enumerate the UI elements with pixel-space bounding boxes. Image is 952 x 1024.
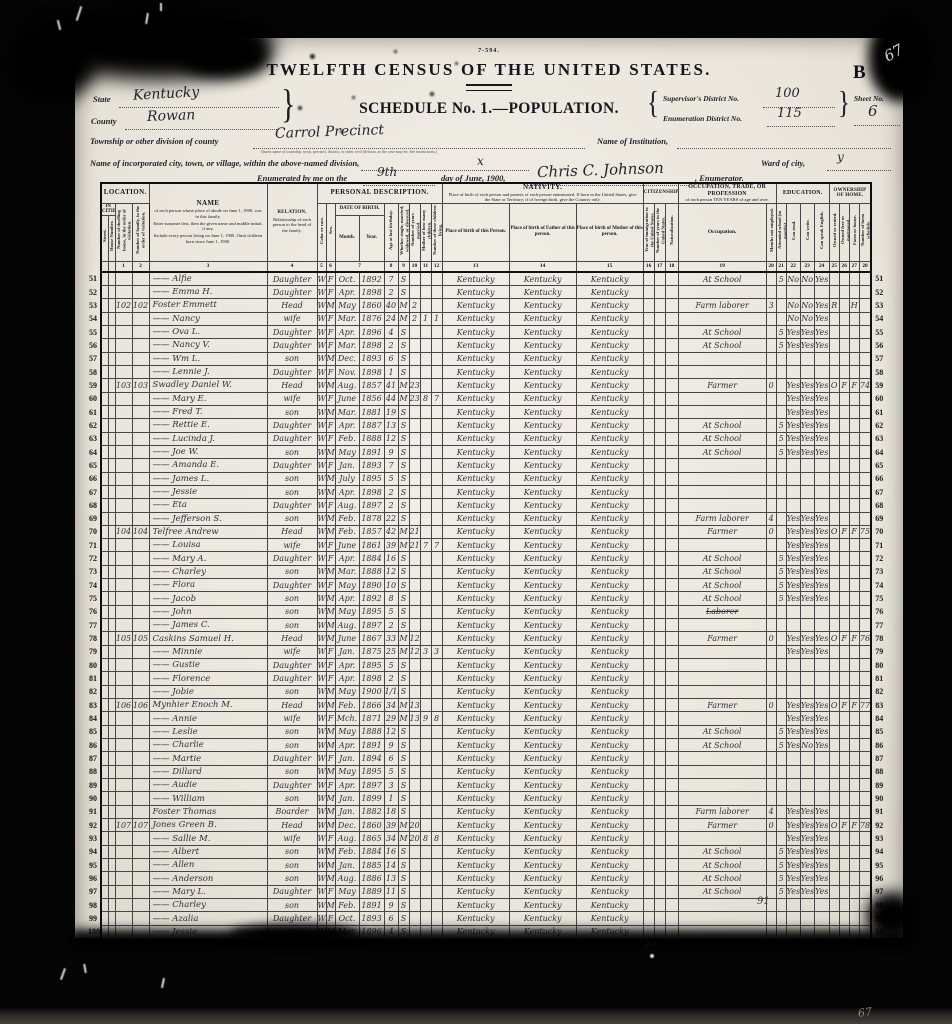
cell-rl: son: [267, 619, 317, 632]
cell-ow: [829, 752, 839, 765]
cell-ow: R: [829, 299, 839, 312]
cell-im: [643, 512, 654, 525]
cell-rl: son: [267, 725, 317, 738]
mother-of-label: Mother of how many children.: [421, 205, 432, 255]
cell-nz: [665, 459, 678, 472]
cell-d: [115, 805, 132, 818]
cell-rd: No: [786, 272, 800, 285]
cell-fs: [859, 645, 871, 658]
cell-c: W: [317, 819, 326, 832]
cell-b3: Kentucky: [576, 565, 643, 578]
nativity-desc: Place of birth of each person and parent…: [443, 192, 643, 203]
cell-s: F: [326, 832, 335, 845]
cell-nm: —— Fred T.: [149, 405, 267, 418]
cell-oc: [678, 832, 766, 845]
cell-wr: Yes: [800, 379, 814, 392]
cell-b3: Kentucky: [576, 859, 643, 872]
cell-fh: F: [849, 699, 859, 712]
cell-b2: Kentucky: [509, 859, 576, 872]
cell-ym: [409, 752, 420, 765]
cell-c: W: [317, 845, 326, 858]
cell-by: 1865: [359, 832, 384, 845]
cell-rl: son: [267, 592, 317, 605]
cell-mo: [420, 485, 431, 498]
county-label: County: [91, 116, 117, 126]
cell-nz: [665, 392, 678, 405]
cell-d: [115, 565, 132, 578]
cell-f: [132, 859, 149, 872]
enum-dist-line: [767, 125, 835, 127]
cell-mn: [766, 459, 776, 472]
cell-cl: [431, 685, 442, 698]
cell-nm: Mynhier Enoch M.: [149, 699, 267, 712]
line-number: 95: [871, 859, 884, 872]
cell-nm: —— Lennie J.: [149, 365, 267, 378]
cell-ym: 2: [409, 299, 420, 312]
cell-a: 2: [384, 285, 398, 298]
cell-mn: 4: [766, 805, 776, 818]
cell-cl: [431, 912, 442, 925]
cell-st: [101, 365, 108, 378]
cell-ym: [409, 459, 420, 472]
cell-mo: 7: [420, 539, 431, 552]
line-number: 94: [88, 845, 101, 858]
cell-fm: [839, 672, 849, 685]
scan-speck-2: [394, 50, 397, 53]
cell-nm: —— Amanda E.: [149, 459, 267, 472]
cell-wr: [800, 472, 814, 485]
cell-nz: [665, 579, 678, 592]
cell-m: M: [398, 299, 409, 312]
cell-by: 1875: [359, 645, 384, 658]
cell-a: 5: [384, 472, 398, 485]
cell-b1: Kentucky: [442, 859, 509, 872]
cell-fh: [849, 405, 859, 418]
cell-f: 106: [132, 699, 149, 712]
cell-rl: Daughter: [267, 579, 317, 592]
cell-st: [101, 472, 108, 485]
cell-hn: [108, 712, 115, 725]
cell-fh: [849, 792, 859, 805]
cell-wr: [800, 285, 814, 298]
cell-fh: [849, 805, 859, 818]
cell-en: Yes: [814, 539, 829, 552]
col-number: 28: [859, 261, 871, 272]
cell-ym: [409, 885, 420, 898]
cell-a: 5: [384, 605, 398, 618]
cell-f: [132, 539, 149, 552]
cell-f: [132, 419, 149, 432]
cell-m: S: [398, 352, 409, 365]
cell-en: Yes: [814, 299, 829, 312]
cell-ym: [409, 432, 420, 445]
cell-m: S: [398, 885, 409, 898]
cell-fm: [839, 432, 849, 445]
cell-a: 18: [384, 805, 398, 818]
cell-d: [115, 485, 132, 498]
cell-nz: [665, 432, 678, 445]
col-number: 24: [814, 261, 829, 272]
cell-f: [132, 792, 149, 805]
census-row: 99—— AzaliaDaughterWFOct.18936SKentuckyK…: [88, 912, 884, 925]
cell-en: Yes: [814, 845, 829, 858]
cell-rl: son: [267, 792, 317, 805]
column-number-row: 1234567891011121314151617181920212223242…: [88, 261, 884, 272]
cell-m: S: [398, 579, 409, 592]
line-number: 90: [88, 792, 101, 805]
cell-at: 5: [776, 872, 786, 885]
cell-m: S: [398, 485, 409, 498]
cell-im: [643, 472, 654, 485]
cell-d: [115, 512, 132, 525]
cell-a: 34: [384, 832, 398, 845]
cell-fm: F: [839, 699, 849, 712]
line-number: 71: [871, 539, 884, 552]
census-row: 76—— JohnsonWMMay18955SKentuckyKentuckyK…: [88, 605, 884, 618]
cell-hn: [108, 485, 115, 498]
cell-b3: Kentucky: [576, 739, 643, 752]
birthplace-mother-header: Place of birth of Mother of this person.: [576, 203, 643, 261]
cell-at: [776, 525, 786, 538]
cell-bm: Apr.: [335, 419, 359, 432]
cell-a: 42: [384, 525, 398, 538]
cell-im: [643, 339, 654, 352]
cell-f: [132, 499, 149, 512]
cell-b3: Kentucky: [576, 685, 643, 698]
census-row: 86—— CharliesonWMApr.18919SKentuckyKentu…: [88, 739, 884, 752]
cell-fh: [849, 512, 859, 525]
film-scratch-7: [161, 978, 165, 988]
birthplace-father-header: Place of birth of Father of this person.: [509, 203, 576, 261]
cell-ow: [829, 485, 839, 498]
cell-fs: [859, 885, 871, 898]
cell-fs: [859, 765, 871, 778]
cell-s: F: [326, 312, 335, 325]
cell-yu: [654, 325, 665, 338]
cell-mo: [420, 499, 431, 512]
cell-ow: O: [829, 819, 839, 832]
cell-en: [814, 499, 829, 512]
cell-oc: At School: [678, 845, 766, 858]
census-row: 64—— Joe W.sonWMMay18919SKentuckyKentuck…: [88, 445, 884, 458]
cell-d: 102: [115, 299, 132, 312]
cell-hn: [108, 459, 115, 472]
census-row: 91Foster ThomasBoarderWMJan.188218SKentu…: [88, 805, 884, 818]
cell-b3: Kentucky: [576, 845, 643, 858]
cell-s: M: [326, 299, 335, 312]
cell-rd: Yes: [786, 512, 800, 525]
line-number: 70: [88, 525, 101, 538]
cell-en: Yes: [814, 632, 829, 645]
line-number: 68: [88, 499, 101, 512]
farm-schedule-header: Number of farm schedule.: [859, 203, 871, 261]
col-number: 9: [398, 261, 409, 272]
cell-mn: [766, 619, 776, 632]
cell-ym: [409, 685, 420, 698]
cell-ow: [829, 325, 839, 338]
cell-f: [132, 605, 149, 618]
cell-at: [776, 299, 786, 312]
cell-nm: —— James L.: [149, 472, 267, 485]
cell-b2: Kentucky: [509, 459, 576, 472]
census-row: 83106106Mynhier Enoch M.HeadWMFeb.186634…: [88, 699, 884, 712]
cell-fh: F: [849, 379, 859, 392]
cell-a: 6: [384, 752, 398, 765]
cell-b3: Kentucky: [576, 419, 643, 432]
cell-f: 107: [132, 819, 149, 832]
cell-at: [776, 805, 786, 818]
cell-d: [115, 499, 132, 512]
cell-c: W: [317, 685, 326, 698]
cell-rd: [786, 912, 800, 925]
cell-bm: Aug.: [335, 872, 359, 885]
cell-c: W: [317, 285, 326, 298]
cell-en: [814, 792, 829, 805]
cell-hn: [108, 352, 115, 365]
cell-m: S: [398, 605, 409, 618]
cell-yu: [654, 645, 665, 658]
cell-m: S: [398, 432, 409, 445]
cell-bm: Aug.: [335, 379, 359, 392]
census-row: 87—— MartieDaughterWFJan.18946SKentuckyK…: [88, 752, 884, 765]
cell-im: [643, 579, 654, 592]
line-number: 69: [871, 512, 884, 525]
cell-by: 1898: [359, 672, 384, 685]
marital-label: Whether single, married, widowed, or div…: [399, 205, 410, 255]
census-row: 54—— NancywifeWFMar.187624M211KentuckyKe…: [88, 312, 884, 325]
cell-m: S: [398, 499, 409, 512]
cell-at: [776, 712, 786, 725]
cell-bm: Mar.: [335, 565, 359, 578]
cell-bm: Feb.: [335, 512, 359, 525]
cell-b3: Kentucky: [576, 579, 643, 592]
line-number: 62: [88, 419, 101, 432]
cell-rl: Head: [267, 379, 317, 392]
cell-rd: [786, 792, 800, 805]
cell-b3: Kentucky: [576, 512, 643, 525]
farm-schedule-label: Number of farm schedule.: [860, 205, 871, 255]
cell-fh: [849, 645, 859, 658]
cell-en: [814, 365, 829, 378]
cell-fs: [859, 592, 871, 605]
cell-f: [132, 899, 149, 912]
cell-mn: [766, 419, 776, 432]
cell-f: [132, 339, 149, 352]
cell-b3: Kentucky: [576, 299, 643, 312]
cell-yu: [654, 619, 665, 632]
cell-yu: [654, 272, 665, 285]
cell-yu: [654, 672, 665, 685]
cell-b1: Kentucky: [442, 459, 509, 472]
cell-rl: Daughter: [267, 285, 317, 298]
cell-hn: [108, 779, 115, 792]
cell-fh: F: [849, 819, 859, 832]
census-row: 84—— AnniewifeWFMch.187129M1398KentuckyK…: [88, 712, 884, 725]
cell-by: 1885: [359, 859, 384, 872]
cell-fh: [849, 592, 859, 605]
cell-by: 1892: [359, 272, 384, 285]
cell-im: [643, 392, 654, 405]
cell-rd: Yes: [786, 859, 800, 872]
census-row: 69—— Jefferson S.sonWMFeb.187822SKentuck…: [88, 512, 884, 525]
cell-ow: [829, 499, 839, 512]
cell-yu: [654, 899, 665, 912]
cell-f: [132, 739, 149, 752]
cell-im: [643, 592, 654, 605]
page-letter: B: [853, 62, 866, 84]
cell-ow: O: [829, 632, 839, 645]
cell-rd: [786, 605, 800, 618]
cell-b2: Kentucky: [509, 619, 576, 632]
cell-c: W: [317, 405, 326, 418]
cell-wr: Yes: [800, 872, 814, 885]
cell-mo: [420, 285, 431, 298]
line-number: 66: [88, 472, 101, 485]
cell-s: M: [326, 805, 335, 818]
cell-nm: —— Gustie: [149, 659, 267, 672]
cell-fh: [849, 312, 859, 325]
cell-st: [101, 672, 108, 685]
cell-d: 103: [115, 379, 132, 392]
cell-fh: [849, 832, 859, 845]
cell-m: S: [398, 792, 409, 805]
cell-oc: [678, 779, 766, 792]
cell-en: [814, 619, 829, 632]
cell-at: 5: [776, 859, 786, 872]
line-number: 74: [88, 579, 101, 592]
line-number: 54: [88, 312, 101, 325]
cell-mo: [420, 619, 431, 632]
cell-oc: [678, 285, 766, 298]
cell-yu: [654, 419, 665, 432]
cell-m: M: [398, 699, 409, 712]
can-speak-english-header: Can speak English.: [814, 203, 829, 261]
cell-en: [814, 899, 829, 912]
dwelling-number-header: Number of dwelling house, in the order o…: [115, 203, 132, 261]
line-number: 68: [871, 499, 884, 512]
cell-f: 102: [132, 299, 149, 312]
cell-m: S: [398, 845, 409, 858]
cell-ow: [829, 792, 839, 805]
cell-f: [132, 432, 149, 445]
cell-d: [115, 899, 132, 912]
cell-c: W: [317, 579, 326, 592]
cell-f: [132, 312, 149, 325]
cell-m: S: [398, 325, 409, 338]
cell-fm: [839, 739, 849, 752]
cell-f: [132, 685, 149, 698]
cell-st: [101, 392, 108, 405]
cell-wr: No: [800, 299, 814, 312]
line-number: 55: [88, 325, 101, 338]
cell-rl: Daughter: [267, 552, 317, 565]
cell-at: [776, 619, 786, 632]
cell-b1: Kentucky: [442, 912, 509, 925]
cell-ym: 12: [409, 645, 420, 658]
cell-ym: [409, 659, 420, 672]
cell-nm: —— John: [149, 605, 267, 618]
immigration-year-header: Year of immigration to the United States…: [643, 203, 654, 261]
cell-rd: [786, 485, 800, 498]
cell-a: 24: [384, 312, 398, 325]
cell-s: M: [326, 619, 335, 632]
cell-nm: —— Louisa: [149, 539, 267, 552]
cell-rd: Yes: [786, 552, 800, 565]
cell-b3: Kentucky: [576, 899, 643, 912]
cell-ym: 23: [409, 392, 420, 405]
cell-fm: [839, 912, 849, 925]
cell-wr: No: [800, 312, 814, 325]
cell-fm: [839, 685, 849, 698]
cell-bm: July: [335, 472, 359, 485]
census-row: 70104104Telfree AndrewHeadWMFeb.185742M2…: [88, 525, 884, 538]
cell-fm: [839, 792, 849, 805]
cell-mo: [420, 819, 431, 832]
cell-b2: Kentucky: [509, 272, 576, 285]
cell-ow: [829, 672, 839, 685]
cell-c: W: [317, 525, 326, 538]
cell-bm: May: [335, 579, 359, 592]
cell-a: 5: [384, 765, 398, 778]
cell-oc: [678, 365, 766, 378]
cell-en: [814, 672, 829, 685]
cell-cl: [431, 552, 442, 565]
cell-by: 1896: [359, 325, 384, 338]
cell-nz: [665, 592, 678, 605]
cell-hn: [108, 325, 115, 338]
cell-mn: [766, 339, 776, 352]
cell-nm: Telfree Andrew: [149, 525, 267, 538]
cell-bm: Dec.: [335, 352, 359, 365]
cell-mo: [420, 899, 431, 912]
cell-by: 1897: [359, 779, 384, 792]
cell-m: S: [398, 419, 409, 432]
cell-nz: [665, 485, 678, 498]
cell-by: 1887: [359, 419, 384, 432]
cell-st: [101, 445, 108, 458]
cell-yu: [654, 472, 665, 485]
cell-rl: son: [267, 405, 317, 418]
cell-b1: Kentucky: [442, 832, 509, 845]
cell-f: [132, 712, 149, 725]
cell-ym: [409, 285, 420, 298]
cell-nz: [665, 499, 678, 512]
color-race-label: Color or race.: [319, 205, 324, 255]
cell-d: 105: [115, 632, 132, 645]
cell-mn: 4: [766, 512, 776, 525]
cell-ym: [409, 899, 420, 912]
cell-b3: Kentucky: [576, 405, 643, 418]
line-number: 91: [88, 805, 101, 818]
cell-at: [776, 685, 786, 698]
cell-mo: 3: [420, 645, 431, 658]
citizenship-group-header: CITIZENSHIP.: [643, 183, 678, 203]
cell-ow: [829, 565, 839, 578]
census-row: 52—— Emma H.DaughterWFApr.18982SKentucky…: [88, 285, 884, 298]
cell-bm: Apr.: [335, 592, 359, 605]
cell-nm: Swadley Daniel W.: [149, 379, 267, 392]
cell-a: 2: [384, 499, 398, 512]
cell-at: 5: [776, 272, 786, 285]
occupation-column-header: Occupation.: [678, 203, 766, 261]
cell-nm: —— Emma H.: [149, 285, 267, 298]
cell-rd: Yes: [786, 432, 800, 445]
cell-st: [101, 739, 108, 752]
cell-wr: [800, 352, 814, 365]
cell-a: 6: [384, 352, 398, 365]
cell-ow: [829, 805, 839, 818]
cell-nm: —— Mary L.: [149, 885, 267, 898]
